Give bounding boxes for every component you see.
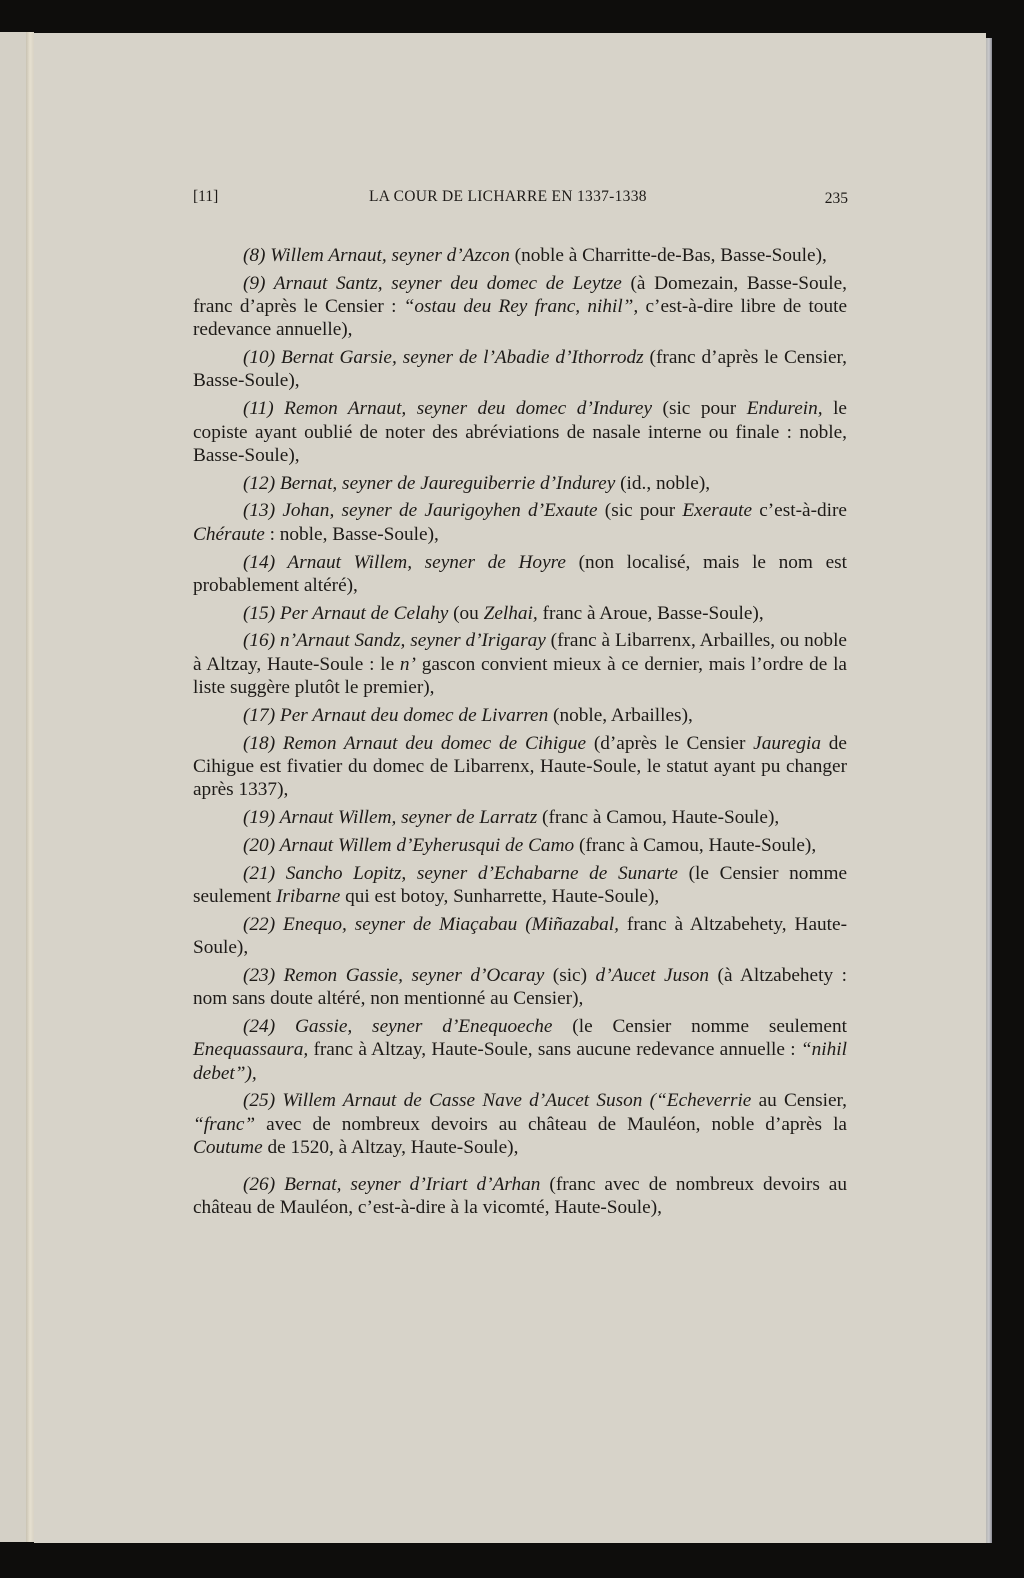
page-stack-edge bbox=[986, 38, 992, 1543]
list-entry: (9) Arnaut Santz, seyner deu domec de Le… bbox=[193, 272, 847, 342]
italic-segment: (10) Bernat Garsie, seyner de l’Abadie d… bbox=[243, 347, 644, 368]
text-segment: avec de nombreux devoirs au château de M… bbox=[255, 1114, 847, 1135]
text-segment: (id., noble), bbox=[615, 473, 710, 494]
list-entry: (26) Bernat, seyner d’Iriart d’Arhan (fr… bbox=[193, 1173, 847, 1220]
text-segment: (ou bbox=[448, 603, 483, 624]
running-head: [11] LA COUR DE LICHARRE EN 1337-1338 23… bbox=[193, 188, 848, 210]
italic-segment: (13) Johan, seyner de Jaurigoyhen d’Exau… bbox=[243, 500, 598, 521]
text-segment: (sic pour bbox=[652, 398, 747, 419]
text-segment: c’est-à-dire bbox=[752, 500, 847, 521]
italic-segment: Chéraute bbox=[193, 524, 265, 545]
italic-segment: (23) Remon Gassie, seyner d’Ocaray bbox=[243, 965, 544, 986]
list-entry: (24) Gassie, seyner d’Enequoeche (le Cen… bbox=[193, 1015, 847, 1085]
page-number: 235 bbox=[825, 190, 848, 208]
text-segment: : noble, Basse-Soule), bbox=[265, 524, 439, 545]
list-entry: (19) Arnaut Willem, seyner de Larratz (f… bbox=[193, 806, 847, 829]
list-entry: (23) Remon Gassie, seyner d’Ocaray (sic)… bbox=[193, 964, 847, 1011]
book-spine-fold bbox=[26, 32, 34, 1542]
list-entry: (13) Johan, seyner de Jaurigoyhen d’Exau… bbox=[193, 499, 847, 546]
italic-segment: (11) Remon Arnaut, seyner deu domec d’In… bbox=[243, 398, 652, 419]
italic-segment: Iribarne bbox=[276, 886, 340, 907]
text-segment: (noble, Arbailles), bbox=[548, 705, 693, 726]
italic-segment: Exeraute bbox=[682, 500, 752, 521]
list-entry: (14) Arnaut Willem, seyner de Hoyre (non… bbox=[193, 551, 847, 598]
italic-segment: Jauregia bbox=[753, 733, 821, 754]
italic-segment: Endurein, bbox=[747, 398, 823, 419]
italic-segment: “franc” bbox=[193, 1114, 255, 1135]
italic-segment: (17) Per Arnaut deu domec de Livarren bbox=[243, 705, 548, 726]
italic-segment: (26) Bernat, seyner d’Iriart d’Arhan bbox=[243, 1174, 540, 1195]
body-text: (8) Willem Arnaut, seyner d’Azcon (noble… bbox=[193, 244, 847, 1224]
running-title: LA COUR DE LICHARRE EN 1337-1338 bbox=[369, 188, 647, 206]
text-segment: de 1520, à Altzay, Haute-Soule), bbox=[263, 1137, 519, 1158]
text-segment: (sic) bbox=[544, 965, 595, 986]
facing-page-edge bbox=[0, 32, 26, 1542]
italic-segment: “ostau deu Rey franc, nihil”, bbox=[404, 296, 639, 317]
text-segment: franc à Aroue, Basse-Soule), bbox=[538, 603, 764, 624]
text-segment: (franc à Camou, Haute-Soule), bbox=[537, 807, 779, 828]
italic-segment: (25) Willem Arnaut de Casse Nave d’Aucet… bbox=[243, 1090, 751, 1111]
list-entry: (10) Bernat Garsie, seyner de l’Abadie d… bbox=[193, 346, 847, 393]
italic-segment: (8) Willem Arnaut, seyner d’Azcon bbox=[243, 245, 510, 266]
text-segment: qui est botoy, Sunharrette, Haute-Soule)… bbox=[340, 886, 659, 907]
italic-segment: (15) Per Arnaut de Celahy bbox=[243, 603, 448, 624]
text-segment: au Censier, bbox=[751, 1090, 847, 1111]
italic-segment: (9) Arnaut Santz, seyner deu domec de Le… bbox=[243, 273, 622, 294]
text-segment: (noble à Charritte-de-Bas, Basse-Soule), bbox=[510, 245, 827, 266]
text-segment: (franc à Camou, Haute-Soule), bbox=[574, 835, 816, 856]
italic-segment: (12) Bernat, seyner de Jaureguiberrie d’… bbox=[243, 473, 615, 494]
italic-segment: (18) Remon Arnaut deu domec de Cihigue bbox=[243, 733, 586, 754]
italic-segment: Enequassaura, bbox=[193, 1039, 308, 1060]
list-entry: (25) Willem Arnaut de Casse Nave d’Aucet… bbox=[193, 1089, 847, 1159]
list-entry: (12) Bernat, seyner de Jaureguiberrie d’… bbox=[193, 472, 847, 495]
text-segment: (sic pour bbox=[598, 500, 683, 521]
italic-segment: (20) Arnaut Willem d’Eyherusqui de Camo bbox=[243, 835, 574, 856]
italic-segment: (14) Arnaut Willem, seyner de Hoyre bbox=[243, 552, 566, 573]
text-segment: (d’après le Censier bbox=[586, 733, 753, 754]
section-number: [11] bbox=[193, 188, 218, 206]
italic-segment: (24) Gassie, seyner d’Enequoeche bbox=[243, 1016, 552, 1037]
italic-segment: Zelhai, bbox=[484, 603, 538, 624]
italic-segment: (16) n’Arnaut Sandz, seyner d’Irigaray bbox=[243, 630, 546, 651]
italic-segment: n’ bbox=[400, 654, 416, 675]
text-segment: franc à Altzay, Haute-Soule, sans aucune… bbox=[308, 1039, 801, 1060]
list-entry: (21) Sancho Lopitz, seyner d’Echabarne d… bbox=[193, 862, 847, 909]
list-entry: (16) n’Arnaut Sandz, seyner d’Irigaray (… bbox=[193, 629, 847, 699]
text-segment: (le Censier nomme seulement bbox=[552, 1016, 847, 1037]
list-entry: (22) Enequo, seyner de Miaçabau (Miñazab… bbox=[193, 913, 847, 960]
italic-segment: (19) Arnaut Willem, seyner de Larratz bbox=[243, 807, 537, 828]
list-entry: (15) Per Arnaut de Celahy (ou Zelhai, fr… bbox=[193, 602, 847, 625]
italic-segment: Coutume bbox=[193, 1137, 263, 1158]
list-entry: (11) Remon Arnaut, seyner deu domec d’In… bbox=[193, 397, 847, 467]
list-entry: (17) Per Arnaut deu domec de Livarren (n… bbox=[193, 704, 847, 727]
italic-segment: (21) Sancho Lopitz, seyner d’Echabarne d… bbox=[243, 863, 678, 884]
italic-segment: (22) Enequo, seyner de Miaçabau (Miñazab… bbox=[243, 914, 619, 935]
list-entry: (18) Remon Arnaut deu domec de Cihigue (… bbox=[193, 732, 847, 802]
list-entry: (20) Arnaut Willem d’Eyherusqui de Camo … bbox=[193, 834, 847, 857]
list-entry: (8) Willem Arnaut, seyner d’Azcon (noble… bbox=[193, 244, 847, 267]
italic-segment: d’Aucet Juson bbox=[596, 965, 709, 986]
